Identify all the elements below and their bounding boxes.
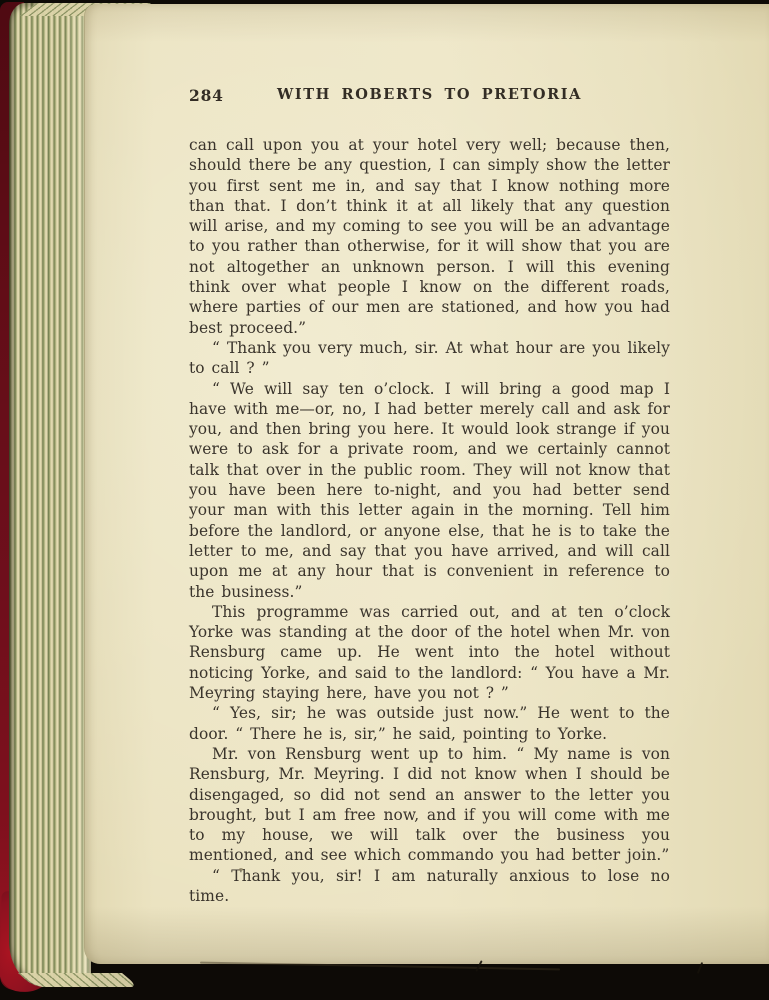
ink-speck [239, 868, 243, 871]
page-text: can call upon you at your hotel very wel… [189, 135, 670, 906]
paragraph: “ We will say ten o’clock. I will bring … [189, 379, 670, 602]
paragraph: “ Thank you, sir! I am naturally anxious… [189, 866, 670, 907]
paragraph: Mr. von Rensburg went up to him. “ My na… [189, 744, 670, 866]
paragraph: This programme was carried out, and at t… [189, 602, 670, 703]
running-title: WITH ROBERTS TO PRETORIA [189, 86, 670, 103]
paragraph: can call upon you at your hotel very wel… [189, 135, 670, 338]
page-edges-fan-bottom [18, 973, 139, 987]
text-column: 284 WITH ROBERTS TO PRETORIA can call up… [189, 86, 670, 906]
page-edges [9, 3, 91, 987]
book-page: 284 WITH ROBERTS TO PRETORIA can call up… [84, 4, 769, 964]
page-header: 284 WITH ROBERTS TO PRETORIA [189, 86, 670, 104]
book-photo: 284 WITH ROBERTS TO PRETORIA can call up… [0, 0, 769, 1000]
ink-speck [255, 351, 259, 353]
page-number: 284 [189, 86, 224, 105]
paragraph: “ Yes, sir; he was outside just now.” He… [189, 703, 670, 744]
paragraph: “ Thank you very much, sir. At what hour… [189, 338, 670, 379]
